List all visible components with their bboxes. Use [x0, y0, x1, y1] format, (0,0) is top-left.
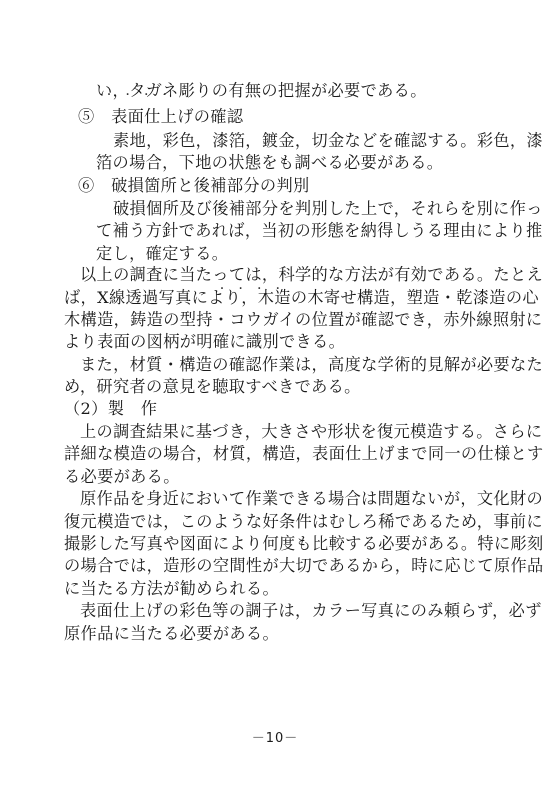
- page-number: －10－: [0, 727, 550, 746]
- text-line: 詳細な模造の場合，材質，構造，表面仕上げまで同一の仕様とす: [64, 443, 544, 465]
- text-line: 箔の場合，下地の状態をも調べる必要がある。: [96, 152, 443, 174]
- text-line: に当たる方法が勧められる。: [64, 578, 279, 600]
- text-line: （2）製 作: [64, 398, 157, 420]
- text-line: 表面仕上げの彩色等の調子は，カラー写真にのみ頼らず，必ず: [80, 600, 542, 622]
- text-line: ば，X線透過写真により，木造の木寄せ構造，塑造・乾漆造の心: [64, 287, 539, 309]
- text-line: の場合では，造形の空間性が大切であるから，時に応じて原作品: [64, 555, 544, 577]
- text-line: る必要がある。: [64, 466, 180, 488]
- text-line: 上の調査結果に基づき，大きさや形状を復元模造する。さらに: [80, 421, 542, 443]
- text-line: また，材質・構造の確認作業は，高度な学術的見解が必要なた: [80, 354, 543, 376]
- text-line: て補う方針であれば，当初の形態を納得しうる理由により推: [96, 220, 543, 242]
- document-page: ・・・・・ ・・・・ い，タガネ彫りの有無の把握が必要である。⑤ 表面仕上げの確…: [0, 0, 550, 792]
- text-line: 撮影した写真や図面により何度も比較する必要がある。特に彫刻: [64, 533, 544, 555]
- text-line: ⑤ 表面仕上げの確認: [78, 106, 243, 128]
- text-line: 定し，確定する。: [96, 243, 228, 265]
- text-line: より表面の図柄が明確に識別できる。: [64, 331, 345, 353]
- text-line: 原作品に当たる必要がある。: [64, 623, 279, 645]
- text-line: 原作品を身近において作業できる場合は問題ないが，文化財の: [80, 488, 543, 510]
- text-line: 破損個所及び後補部分を判別した上で，それらを別に作っ: [113, 198, 543, 220]
- text-line: 素地，彩色，漆箔，鍍金，切金などを確認する。彩色，漆: [113, 130, 543, 152]
- text-line: 木構造，鋳造の型持・コウガイの位置が確認でき，赤外線照射に: [64, 309, 542, 331]
- text-line: 以上の調査に当たっては，科学的な方法が有効である。たとえ: [80, 264, 543, 286]
- text-line: 復元模造では，このような好条件はむしろ稀であるため，事前に: [64, 511, 543, 533]
- text-line: め，研究者の意見を聴取すべきである。: [64, 376, 361, 398]
- text-line: ⑥ 破損箇所と後補部分の判別: [78, 175, 310, 197]
- text-line: い，タガネ彫りの有無の把握が必要である。: [96, 80, 427, 102]
